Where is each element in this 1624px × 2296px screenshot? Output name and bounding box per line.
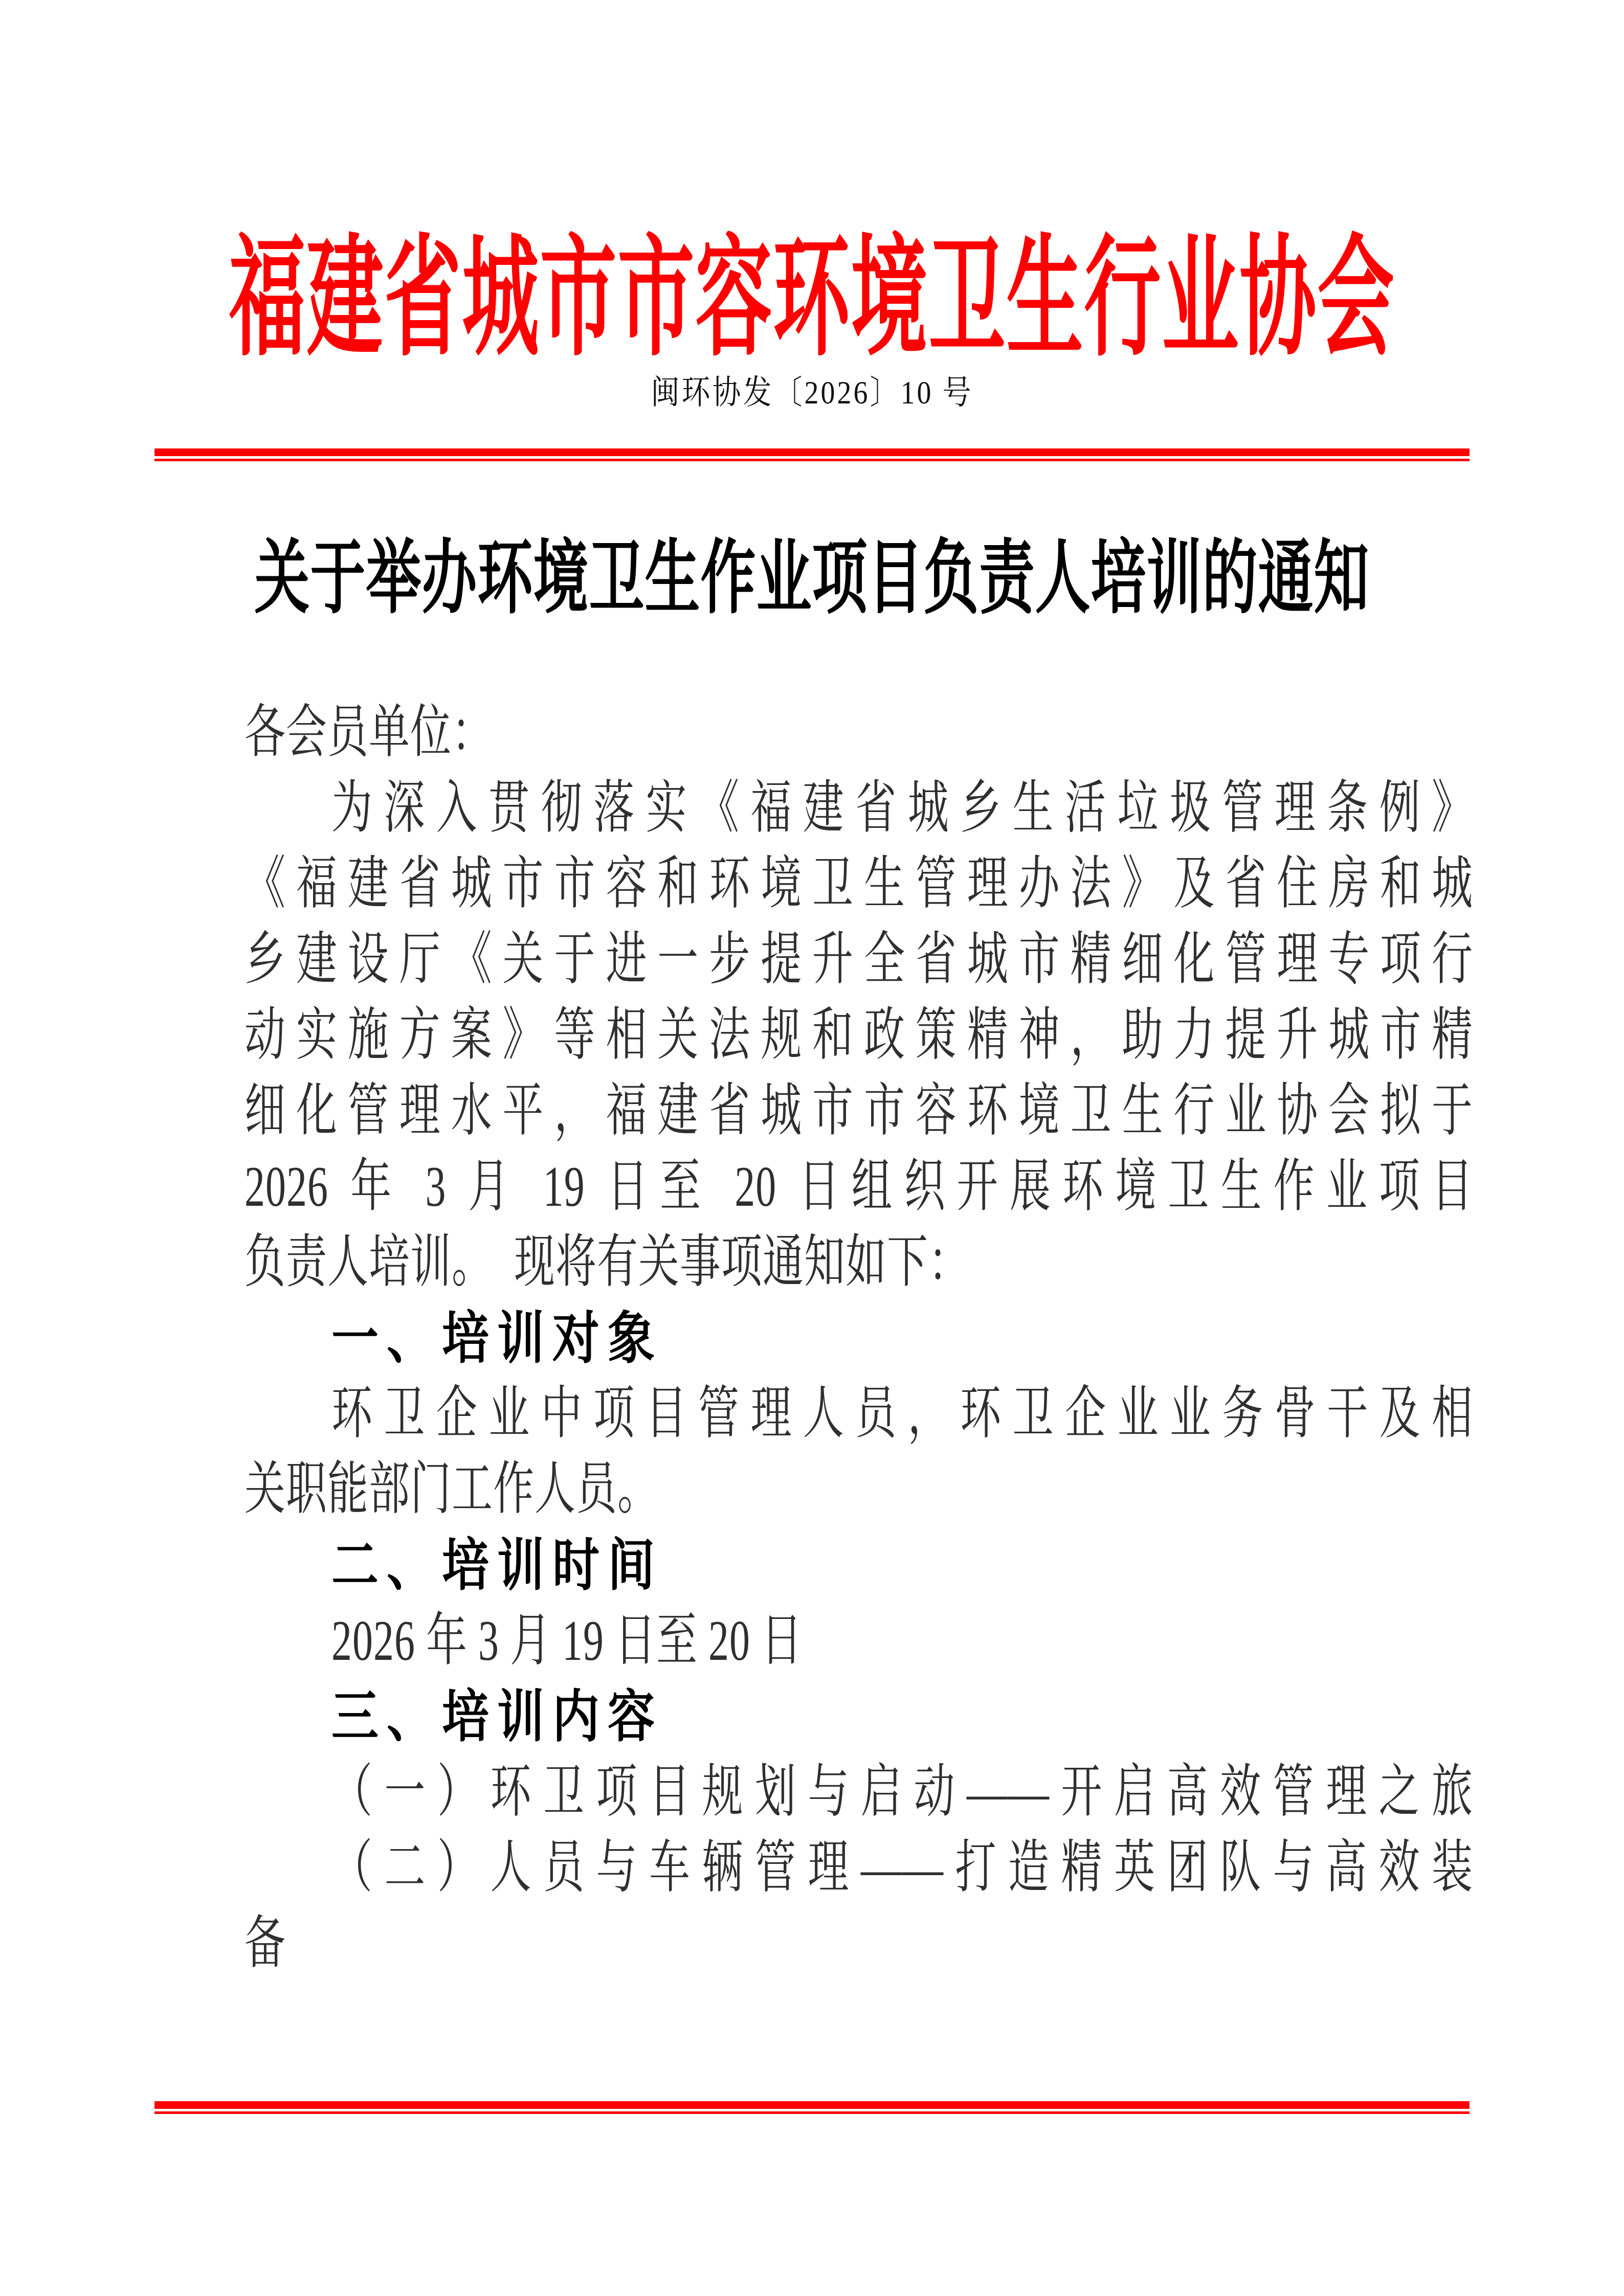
header-rule-thin-bar <box>154 459 1470 461</box>
header-rule <box>154 448 1470 461</box>
footer-rule-thin-bar <box>154 2111 1470 2114</box>
body-line: 关职能部门工作人员。 <box>244 1452 1473 1528</box>
header-rule-thick-bar <box>154 448 1470 456</box>
org-title: 福建省城市市容环境卫生行业协会 <box>0 233 1624 366</box>
body-line: 2026 年 3 月 19 日至 20 日 <box>244 1604 1473 1679</box>
doc-number: 闽环协发〔2026〕10 号 <box>0 372 1624 413</box>
body-text: 各会员单位： 为深入贯彻落实《福建省城乡生活垃圾管理条例》 《福建省城市市容和环… <box>244 695 1473 1982</box>
body-line: 负责人培训。 现将有关事项通知如下： <box>244 1225 1473 1301</box>
footer-rule <box>154 2101 1470 2114</box>
doc-number-text: 闽环协发〔2026〕10 号 <box>0 369 1624 416</box>
doc-title-text: 关于举办环境卫生作业项目负责人培训的通知 <box>0 524 1624 635</box>
document-page: 福建省城市市容环境卫生行业协会 闽环协发〔2026〕10 号 关于举办环境卫生作… <box>0 0 1624 2296</box>
footer-rule-thick-bar <box>154 2101 1470 2109</box>
doc-title: 关于举办环境卫生作业项目负责人培训的通知 <box>0 541 1624 618</box>
body-line: 备 <box>244 1906 1473 1982</box>
